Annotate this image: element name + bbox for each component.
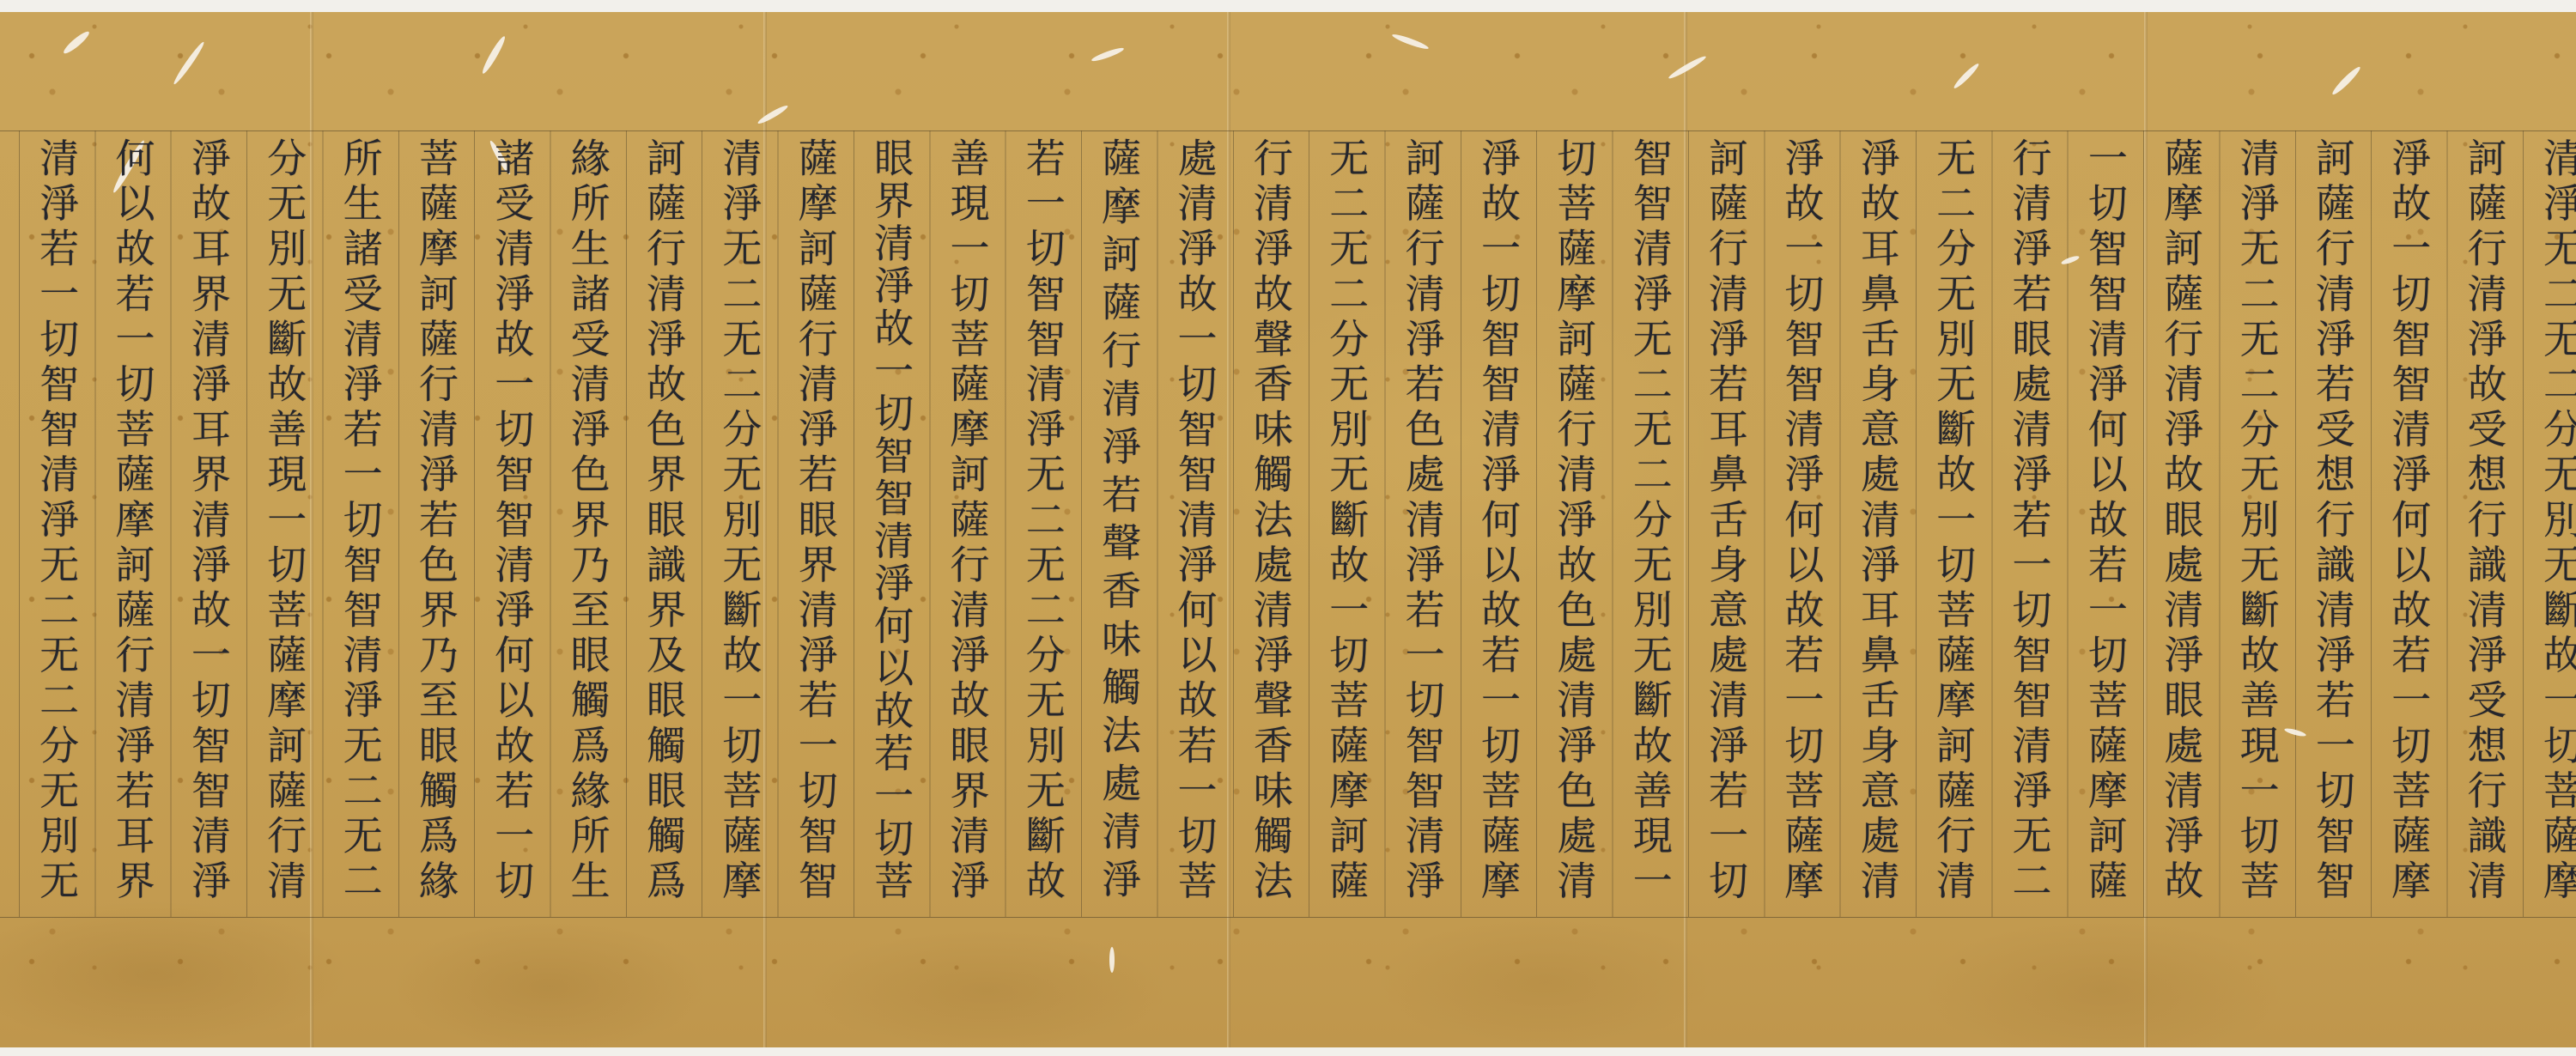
text-column: 分无別无斷故善現一切菩薩摩訶薩行清 xyxy=(246,137,322,914)
paper-damage-mark xyxy=(1109,947,1115,973)
text-column: 清淨若一切智智清淨无二无二分无別无 xyxy=(19,137,94,914)
text-column: 訶薩行清淨故色界眼識界及眼觸眼觸爲 xyxy=(626,137,702,914)
text-columns: 清淨无二无二分无別无斷故一切菩薩摩 訶薩行清淨故受想行識清淨受想行識清 淨故一切… xyxy=(19,137,2576,914)
text-column: 一切智智清淨何以故若一切菩薩摩訶薩 xyxy=(2067,137,2142,914)
text-column: 清淨无二无二分无別无斷故善現一切菩 xyxy=(2219,137,2294,914)
text-column: 訶薩行清淨若耳鼻舌身意處清淨若一切 xyxy=(1688,137,1764,914)
text-column: 訶薩行清淨故受想行識清淨受想行識清 xyxy=(2446,137,2522,914)
text-column: 緣所生諸受清淨色界乃至眼觸爲緣所生 xyxy=(550,137,625,914)
text-column: 訶薩行清淨若色處清淨若一切智智清淨 xyxy=(1384,137,1460,914)
text-column: 清淨无二无二分无別无斷故一切菩薩摩 xyxy=(2523,137,2576,914)
text-column: 清淨无二无二分无別无斷故一切菩薩摩 xyxy=(702,137,777,914)
text-column: 薩摩訶薩行清淨若聲香味觸法處清淨 xyxy=(1081,137,1157,914)
manuscript-scroll: 清淨无二无二分无別无斷故一切菩薩摩 訶薩行清淨故受想行識清淨受想行識清 淨故一切… xyxy=(0,0,2576,1056)
text-column: 淨故一切智智清淨何以故若一切菩薩摩 xyxy=(1461,137,1536,914)
text-column: 行清淨若眼處清淨若一切智智清淨无二 xyxy=(1991,137,2067,914)
text-column: 眼界清淨故一切智智清淨何以故若一切菩 xyxy=(854,137,929,914)
text-column: 淨故一切智智清淨何以故若一切菩薩摩 xyxy=(2371,137,2446,914)
text-column: 訶薩行清淨若受想行識清淨若一切智智 xyxy=(2295,137,2371,914)
text-column: 智智清淨无二无二分无別无斷故善現一 xyxy=(1612,137,1687,914)
text-column: 處清淨故一切智智清淨何以故若一切菩 xyxy=(1157,137,1232,914)
bottom-ruling-line xyxy=(0,917,2576,918)
text-column: 所生諸受清淨若一切智智清淨无二无二 xyxy=(322,137,398,914)
text-column: 諸受清淨故一切智智清淨何以故若一切 xyxy=(474,137,550,914)
text-column: 何以故若一切菩薩摩訶薩行清淨若耳界 xyxy=(94,137,170,914)
text-column: 善現一切菩薩摩訶薩行清淨故眼界清淨 xyxy=(929,137,1005,914)
text-column: 淨故耳鼻舌身意處清淨耳鼻舌身意處清 xyxy=(1839,137,1915,914)
text-column: 淨故一切智智清淨何以故若一切菩薩摩 xyxy=(1764,137,1839,914)
text-column: 薩摩訶薩行清淨若眼界清淨若一切智智 xyxy=(777,137,853,914)
text-column: 淨故耳界清淨耳界清淨故一切智智清淨 xyxy=(171,137,246,914)
text-column: 菩薩摩訶薩行清淨若色界乃至眼觸爲緣 xyxy=(398,137,474,914)
text-column: 无二无二分无別无斷故一切菩薩摩訶薩 xyxy=(1309,137,1384,914)
text-column: 若一切智智清淨无二无二分无別无斷故 xyxy=(1005,137,1080,914)
text-column: 无二分无別无斷故一切菩薩摩訶薩行清 xyxy=(1916,137,1991,914)
text-column: 切菩薩摩訶薩行清淨故色處清淨色處清 xyxy=(1536,137,1612,914)
text-column: 行清淨故聲香味觸法處清淨聲香味觸法 xyxy=(1233,137,1309,914)
text-column: 薩摩訶薩行清淨故眼處清淨眼處清淨故 xyxy=(2143,137,2219,914)
